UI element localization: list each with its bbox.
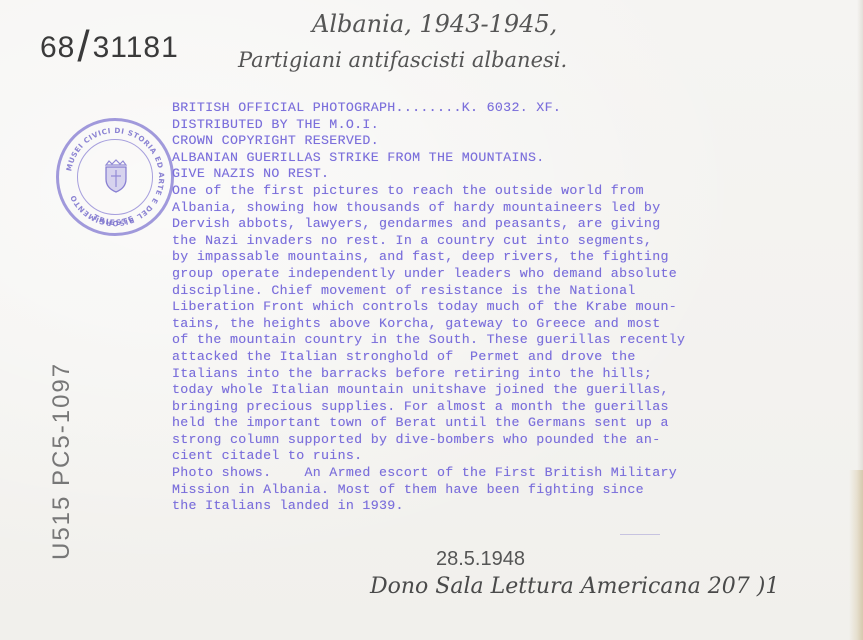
caption-body-line: strong column supported by dive-bombers … (172, 432, 685, 449)
caption-headline: GIVE NAZIS NO REST. (172, 166, 685, 183)
archive-number-value: 31181 (93, 31, 179, 64)
caption-body-line: Dervish abbots, lawyers, gendarmes and p… (172, 216, 685, 233)
slash-mark: / (77, 22, 90, 71)
archive-number-prefix: 68 (40, 31, 75, 64)
archive-number: 68/31181 (40, 18, 179, 68)
caption-body-line: attacked the Italian stronghold of Perme… (172, 349, 685, 366)
handwritten-subtitle: Partigiani antifascisti albanesi. (238, 48, 567, 72)
caption-headline: ALBANIAN GUERILLAS STRIKE FROM THE MOUNT… (172, 150, 685, 167)
pencil-dash (620, 534, 660, 535)
handwritten-title: Albania, 1943-1945, (312, 10, 557, 38)
caption-body-line: Albania, showing how thousands of hardy … (172, 200, 685, 217)
caption-body-line: held the important town of Berat until t… (172, 415, 685, 432)
caption-body-line: Italians into the barracks before retiri… (172, 366, 685, 383)
handwritten-location-note: Dono Sala Lettura Americana 207 )1 (370, 574, 779, 599)
caption-body-line: of the mountain country in the South. Th… (172, 332, 685, 349)
paper-stain (849, 470, 863, 640)
caption-body-line: discipline. Chief movement of resistance… (172, 283, 685, 300)
museum-stamp: MUSEI CIVICI DI STORIA ED ARTE E DEL RIS… (56, 118, 174, 236)
caption-body-line: the Nazi invaders no rest. In a country … (172, 233, 685, 250)
caption-body-line: One of the first pictures to reach the o… (172, 183, 685, 200)
caption-body-line: cient citadel to ruins. (172, 448, 685, 465)
caption-photo-line: Photo shows. An Armed escort of the Firs… (172, 465, 685, 482)
caption-body-line: Liberation Front which controls today mu… (172, 299, 685, 316)
caption-photo-line: the Italians landed in 1939. (172, 498, 685, 515)
handwritten-date: 28.5.1948 (436, 548, 525, 571)
crest-shield-icon (103, 159, 129, 193)
caption-body-line: tains, the heights above Korcha, gateway… (172, 316, 685, 333)
caption-header-line: CROWN COPYRIGHT RESERVED. (172, 133, 685, 150)
caption-body-line: group operate independently under leader… (172, 266, 685, 283)
caption-body-line: today whole Italian mountain unitshave j… (172, 382, 685, 399)
typed-caption: BRITISH OFFICIAL PHOTOGRAPH........K. 60… (172, 100, 685, 515)
caption-header-line: BRITISH OFFICIAL PHOTOGRAPH........K. 60… (172, 100, 685, 117)
caption-header-line: DISTRIBUTED BY THE M.O.I. (172, 117, 685, 134)
caption-photo-line: Mission in Albania. Most of them have be… (172, 482, 685, 499)
handwritten-side-inventory: U515 PC5-1097 (48, 362, 76, 560)
caption-body-line: bringing precious supplies. For almost a… (172, 399, 685, 416)
caption-body-line: by impassable mountains, and fast, deep … (172, 249, 685, 266)
